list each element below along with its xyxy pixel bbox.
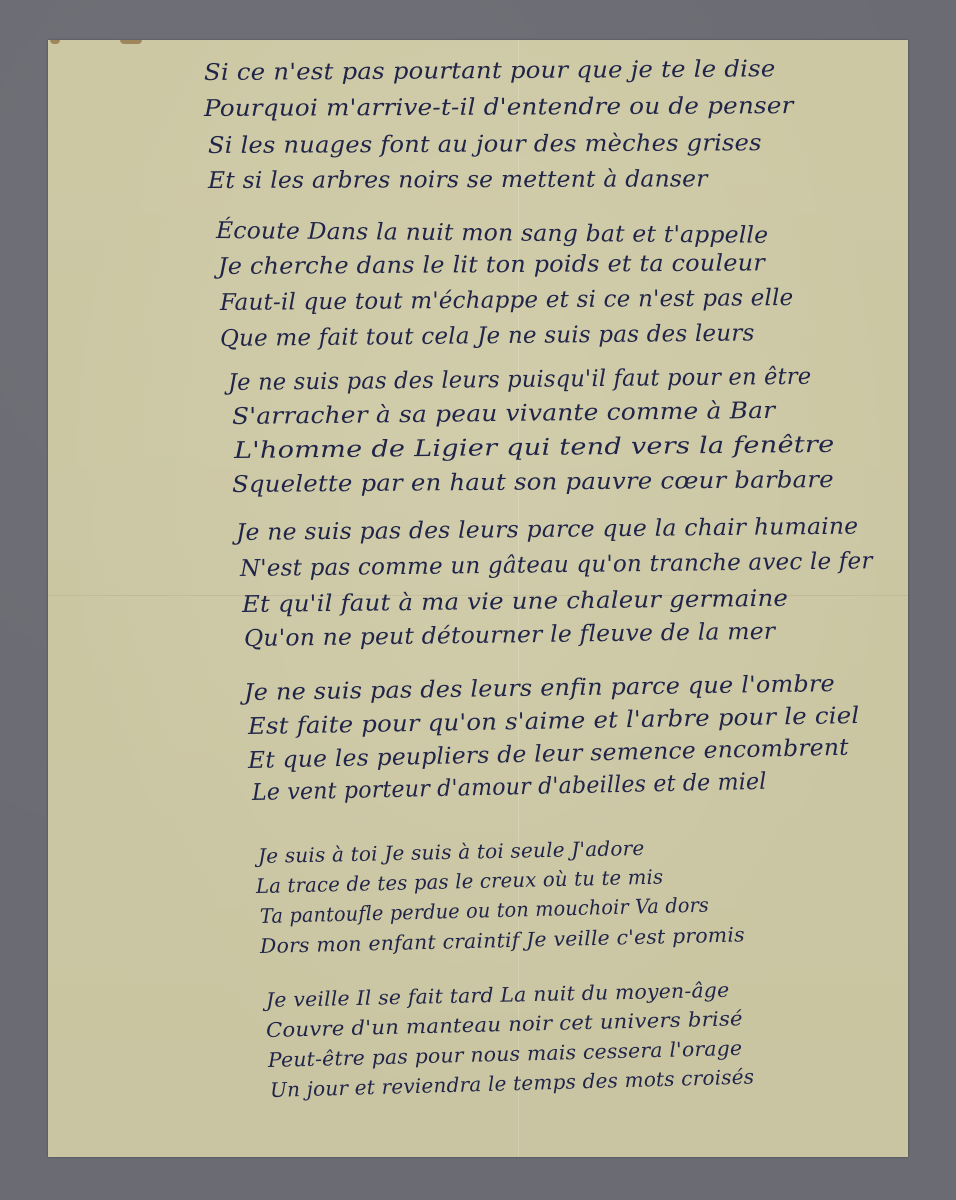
- poem-line: La trace de tes pas le creux où tu te mi…: [256, 865, 664, 898]
- poem-line: Dors mon enfant craintif Je veille c'est…: [260, 922, 745, 958]
- poem-line: Je cherche dans le lit ton poids et ta c…: [218, 250, 765, 280]
- poem-line: Je veille Il se fait tard La nuit du moy…: [266, 978, 730, 1012]
- poem-line: S'arracher à sa peau vivante comme à Bar: [232, 398, 776, 430]
- poem-line: Si les nuages font au jour des mèches gr…: [208, 130, 762, 159]
- poem-line: Écoute Dans la nuit mon sang bat et t'ap…: [216, 218, 768, 249]
- poem-line: Et si les arbres noirs se mettent à dans…: [208, 166, 708, 194]
- poem-line: Je ne suis pas des leurs parce que la ch…: [236, 514, 859, 546]
- poem-line: Ta pantoufle perdue ou ton mouchoir Va d…: [260, 893, 709, 928]
- poem-line: Le vent porteur d'amour d'abeilles et de…: [252, 769, 767, 806]
- poem-line: Qu'on ne peut détourner le fleuve de la …: [244, 619, 776, 652]
- poem-line: Je suis à toi Je suis à toi seule J'ador…: [258, 836, 645, 868]
- manuscript-page: Si ce n'est pas pourtant pour que je te …: [48, 40, 908, 1157]
- poem-text: Si ce n'est pas pourtant pour que je te …: [48, 40, 908, 1157]
- poem-line: Est faite pour qu'on s'aime et l'arbre p…: [248, 703, 860, 740]
- poem-line: Je ne suis pas des leurs puisqu'il faut …: [228, 364, 812, 396]
- poem-line: N'est pas comme un gâteau qu'on tranche …: [240, 548, 873, 582]
- poem-line: Squelette par en haut son pauvre cœur ba…: [232, 467, 834, 498]
- poem-line: Et qu'il faut à ma vie une chaleur germa…: [242, 586, 788, 618]
- poem-line: L'homme de Ligier qui tend vers la fenêt…: [234, 432, 835, 464]
- poem-line: Que me fait tout cela Je ne suis pas des…: [220, 320, 755, 352]
- poem-line: Je ne suis pas des leurs enfin parce que…: [244, 671, 835, 706]
- poem-line: Pourquoi m'arrive-t-il d'entendre ou de …: [204, 93, 794, 122]
- poem-line: Si ce n'est pas pourtant pour que je te …: [204, 56, 776, 86]
- poem-line: Faut-il que tout m'échappe et si ce n'es…: [220, 285, 794, 316]
